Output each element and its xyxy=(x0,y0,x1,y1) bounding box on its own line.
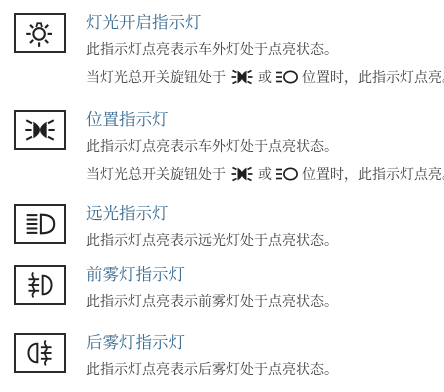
indicator-title: 前雾灯指示灯 xyxy=(86,265,438,284)
headlamp-inline-icon xyxy=(275,166,299,187)
indicator-title: 远光指示灯 xyxy=(86,204,438,223)
indicator-title: 后雾灯指示灯 xyxy=(86,333,438,352)
position-lamps-indicator-icon xyxy=(14,110,66,150)
front-fog-indicator-icon xyxy=(14,265,66,305)
indicator-title: 灯光开启指示灯 xyxy=(86,13,438,32)
indicator-description: 此指示灯点亮表示前雾灯处于点亮状态。 xyxy=(86,293,438,311)
manual-page: { "accent_color": "#35688F", "body_text_… xyxy=(0,0,444,392)
headlamp-inline-icon xyxy=(275,69,299,90)
indicator-description: 此指示灯点亮表示车外灯处于点亮状态。 xyxy=(86,41,438,59)
indicator-description: 当灯光总开关旋钮处于或位置时，此指示灯点亮。 xyxy=(86,69,438,90)
lights-on-indicator-icon xyxy=(14,13,66,53)
position-lamps-inline-icon xyxy=(229,69,255,90)
position-lamps-inline-icon xyxy=(229,166,255,187)
indicator-description: 此指示灯点亮表示后雾灯处于点亮状态。 xyxy=(86,361,438,379)
indicator-description: 当灯光总开关旋钮处于或位置时，此指示灯点亮。 xyxy=(86,166,438,187)
indicator-description: 此指示灯点亮表示远光灯处于点亮状态。 xyxy=(86,232,438,250)
indicator-title: 位置指示灯 xyxy=(86,110,438,129)
indicator-description: 此指示灯点亮表示车外灯处于点亮状态。 xyxy=(86,138,438,156)
rear-fog-indicator-icon xyxy=(14,333,66,373)
high-beam-indicator-icon xyxy=(14,204,66,244)
